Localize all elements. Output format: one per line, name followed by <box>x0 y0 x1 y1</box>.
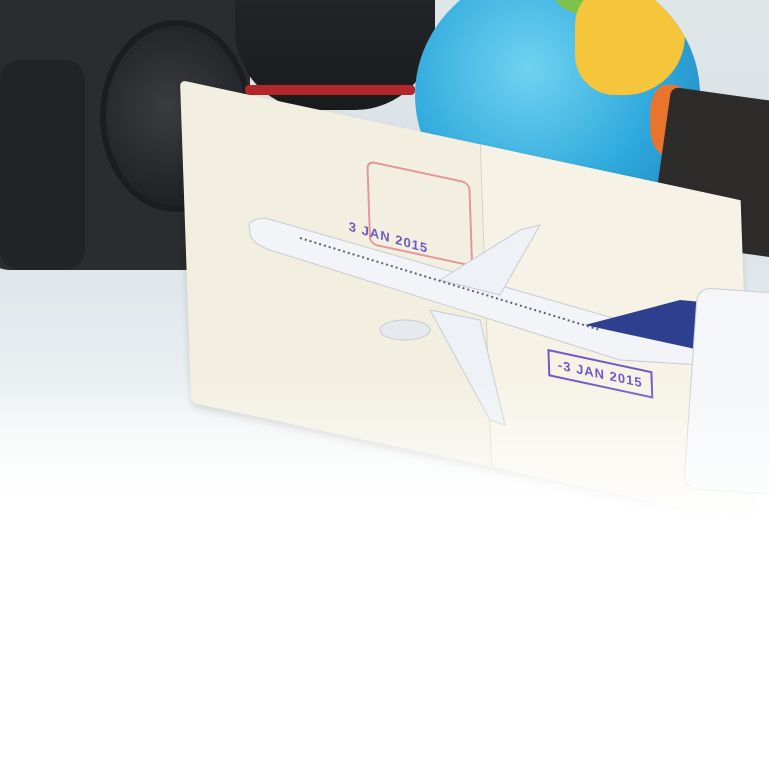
white-fade <box>0 380 769 520</box>
lens-ring <box>245 85 415 95</box>
globe-land <box>575 0 685 95</box>
photo-scene: 3 JAN 2015 -3 JAN 2015 <box>0 0 769 520</box>
camera-grip <box>0 60 85 270</box>
